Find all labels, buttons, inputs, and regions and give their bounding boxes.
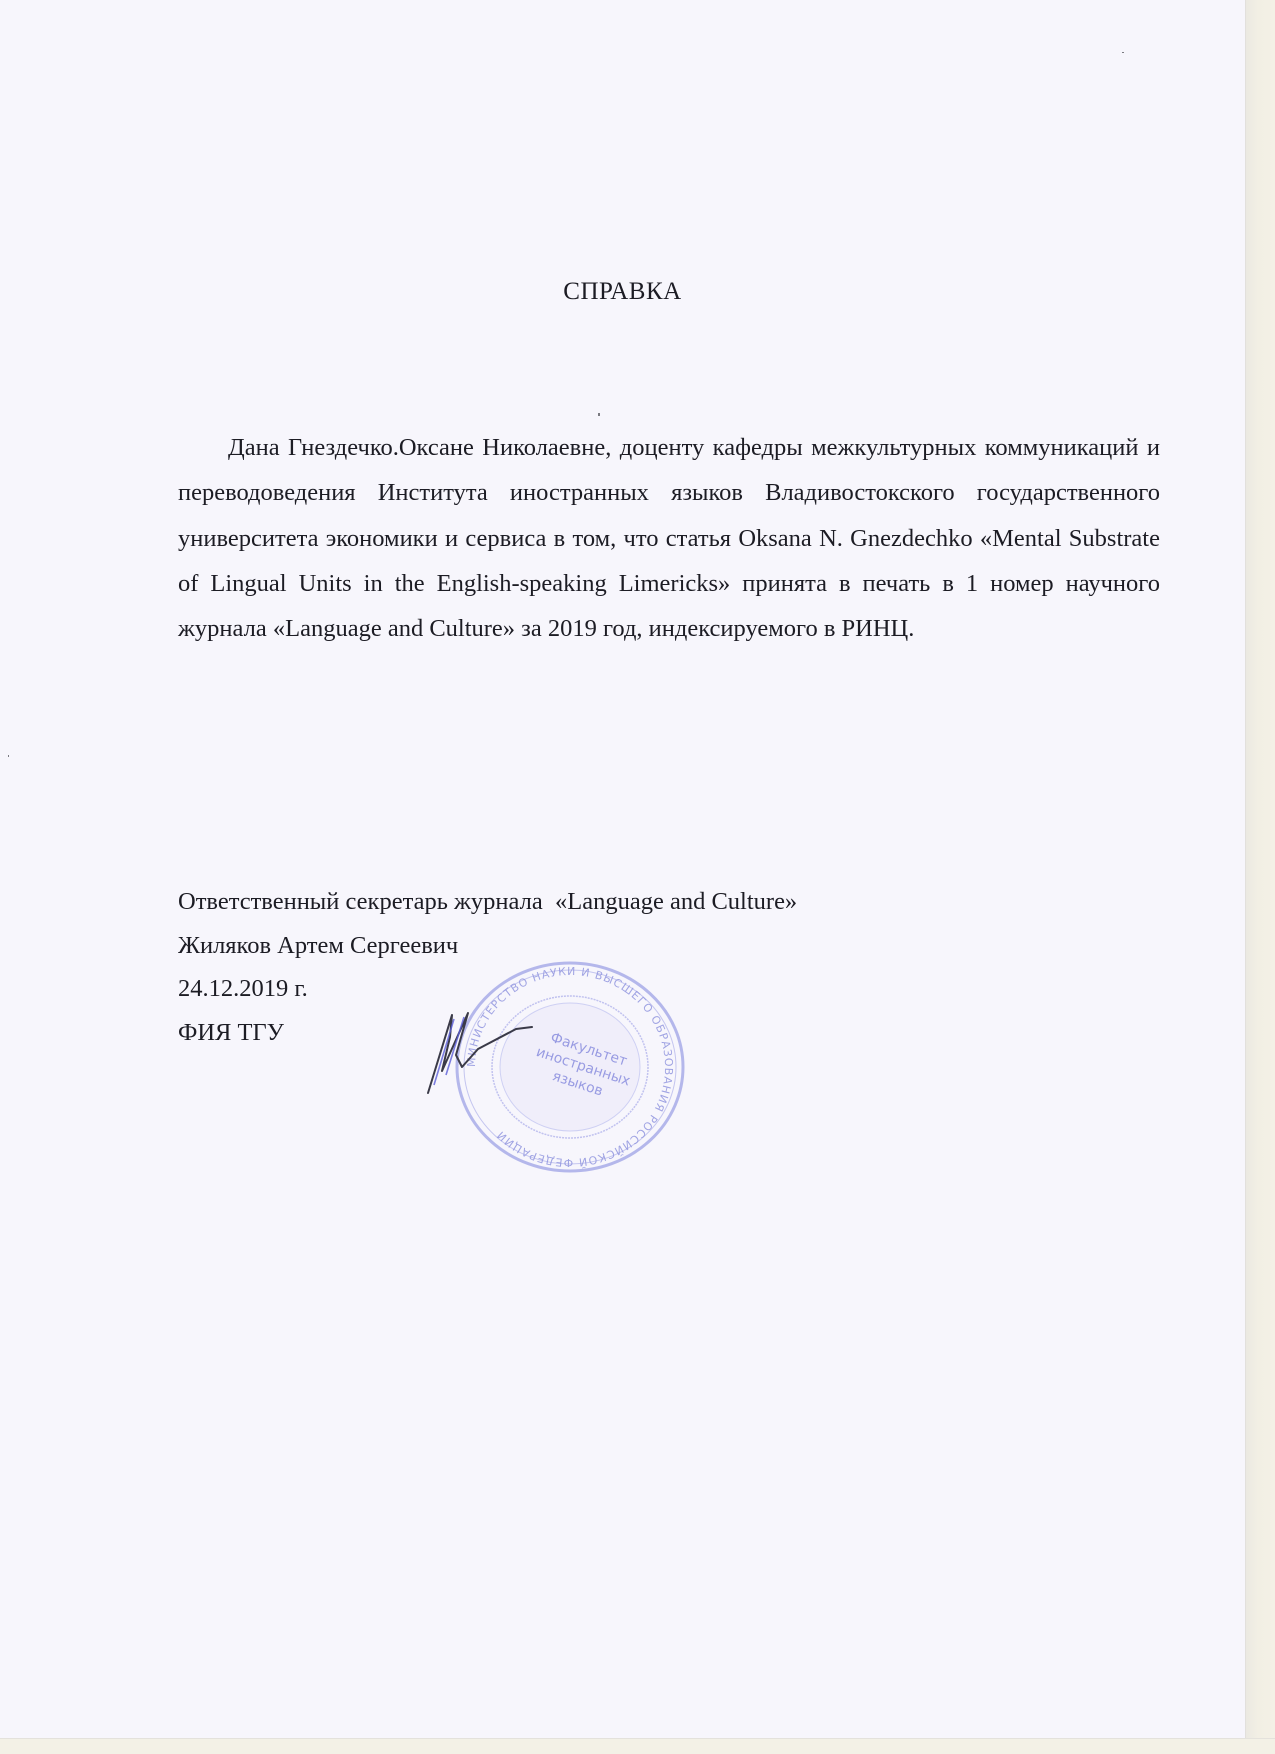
- document-title: СПРАВКА: [0, 278, 1245, 306]
- scan-speck: [598, 413, 600, 416]
- scan-speck: [1122, 52, 1124, 53]
- scan-speck: [8, 755, 9, 757]
- signer-position: Ответственный секретарь журнала «Languag…: [178, 880, 797, 924]
- document-page: СПРАВКА Дана Гнездечко.Оксане Николаевне…: [0, 0, 1245, 1738]
- handwritten-signature-icon: [420, 985, 550, 1095]
- scan-bottom-edge: [0, 1738, 1275, 1754]
- document-body-paragraph: Дана Гнездечко.Оксане Николаевне, доцент…: [178, 425, 1160, 651]
- scan-right-edge: [1245, 0, 1275, 1754]
